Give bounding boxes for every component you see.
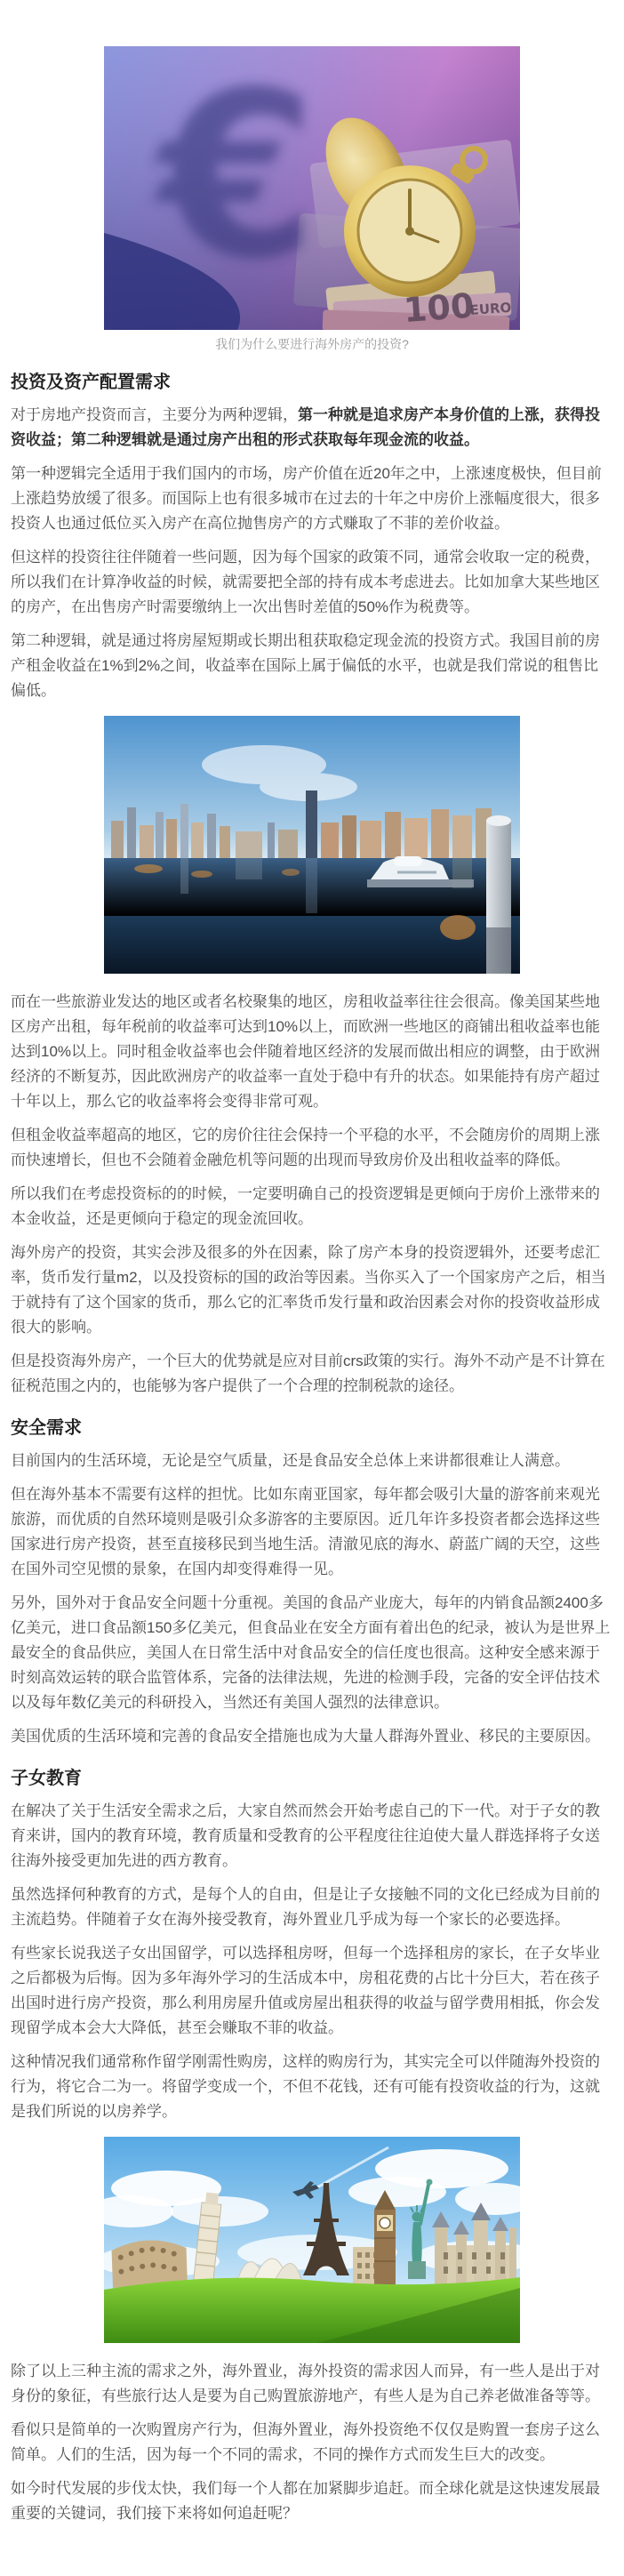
article-page: € 100 EURO 我们为什么要进行海外房产的投资?投资及资产配置需求对于房地… — [0, 46, 624, 2576]
paragraph-text: 对于房地产投资而言，主要分为两种逻辑， — [11, 406, 298, 423]
money-euro-watch-photo: € 100 EURO — [104, 46, 520, 330]
paragraph-text: 第二种逻辑，就是通过将房屋短期或长期出租获取稳定现金流的投资方式。我国目前的房产… — [11, 632, 600, 699]
article-paragraph: 所以我们在考虑投资标的的时候，一定要明确自己的投资逻辑是更倾向于房价上涨带来的本… — [11, 1182, 613, 1232]
article-paragraph: 海外房产的投资，其实会涉及很多的外在因素，除了房产本身的投资逻辑外，还要考虑汇率… — [11, 1240, 613, 1340]
paragraph-text: 虽然选择何种教育的方式，是每个人的自由，但是让子女接触不同的文化已经成为目前的主… — [11, 1886, 600, 1928]
paragraph-text: 美国优质的生活环境和完善的食品安全措施也成为大量人群海外置业、移民的主要原因。 — [11, 1728, 600, 1745]
paragraph-text: 看似只是简单的一次购置房产行为，但海外置业，海外投资绝不仅仅是购置一套房子这么简… — [11, 2421, 600, 2463]
paragraph-text: 但是投资海外房产，一个巨大的优势就是应对目前crs政策的实行。海外不动产是不计算… — [11, 1352, 605, 1394]
world-landmarks-photo — [104, 2137, 520, 2343]
article-blocks: € 100 EURO 我们为什么要进行海外房产的投资?投资及资产配置需求对于房地… — [11, 46, 613, 2526]
paragraph-text: 所以我们在考虑投资标的的时候，一定要明确自己的投资逻辑是更倾向于房价上涨带来的本… — [11, 1185, 600, 1227]
section-heading: 安全需求 — [11, 1416, 613, 1440]
paragraph-text: 除了以上三种主流的需求之外，海外置业，海外投资的需求因人而异，有一些人是出于对身… — [11, 2363, 600, 2404]
paragraph-text: 但租金收益率超高的地区，它的房价往往会保持一个平稳的水平，不会随房价的周期上涨而… — [11, 1127, 600, 1168]
paragraph-text: 但这样的投资往往伴随着一些问题，因为每个国家的政策不同，通常会收取一定的税费，所… — [11, 549, 600, 615]
paragraph-text: 海外房产的投资，其实会涉及很多的外在因素，除了房产本身的投资逻辑外，还要考虑汇率… — [11, 1244, 606, 1336]
paragraph-text: 有些家长说我送子女出国留学，可以选择租房呀，但每一个选择租房的家长，在子女毕业之… — [11, 1945, 600, 2036]
article-paragraph: 但是投资海外房产，一个巨大的优势就是应对目前crs政策的实行。海外不动产是不计算… — [11, 1349, 613, 1399]
article-paragraph: 但租金收益率超高的地区，它的房价往往会保持一个平稳的水平，不会随房价的周期上涨而… — [11, 1123, 613, 1173]
paragraph-text: 另外，国外对于食品安全问题十分重视。美国的食品产业庞大，每年的内销食品额2400… — [11, 1594, 610, 1711]
article-paragraph: 目前国内的生活环境，无论是空气质量，还是食品安全总体上来讲都很难让人满意。 — [11, 1448, 613, 1473]
paragraph-text: 但在海外基本不需要有这样的担忧。比如东南亚国家，每年都会吸引大量的游客前来观光旅… — [11, 1486, 600, 1577]
article-paragraph: 第二种逻辑，就是通过将房屋短期或长期出租获取稳定现金流的投资方式。我国目前的房产… — [11, 629, 613, 703]
paragraph-text: 目前国内的生活环境，无论是空气质量，还是食品安全总体上来讲都很难让人满意。 — [11, 1452, 570, 1469]
article-paragraph: 这种情况我们通常称作留学刚需性购房，这样的购房行为，其实完全可以伴随海外投资的行… — [11, 2050, 613, 2124]
article-paragraph: 如今时代发展的步伐太快，我们每一个人都在加紧脚步追赶。而全球化就是这快速发展最重… — [11, 2476, 613, 2526]
article-paragraph: 美国优质的生活环境和完善的食品安全措施也成为大量人群海外置业、移民的主要原因。 — [11, 1724, 613, 1749]
svg-text:EURO: EURO — [469, 300, 512, 318]
article-paragraph: 第一种逻辑完全适用于我们国内的市场，房产价值在近20年之中，上涨速度极快，但目前… — [11, 461, 613, 536]
article-paragraph: 在解决了关于生活安全需求之后，大家自然而然会开始考虑自己的下一代。对于子女的教育… — [11, 1799, 613, 1874]
article-body: € 100 EURO 我们为什么要进行海外房产的投资?投资及资产配置需求对于房地… — [0, 46, 624, 2576]
paragraph-text: 第一种逻辑完全适用于我们国内的市场，房产价值在近20年之中，上涨速度极快，但目前… — [11, 465, 602, 532]
harbor-city-photo — [104, 716, 520, 974]
article-paragraph: 看似只是简单的一次购置房产行为，但海外置业，海外投资绝不仅仅是购置一套房子这么简… — [11, 2418, 613, 2468]
paragraph-text: 这种情况我们通常称作留学刚需性购房，这样的购房行为，其实完全可以伴随海外投资的行… — [11, 2053, 600, 2120]
article-paragraph: 除了以上三种主流的需求之外，海外置业，海外投资的需求因人而异，有一些人是出于对身… — [11, 2359, 613, 2409]
section-heading: 投资及资产配置需求 — [11, 371, 613, 394]
article-paragraph: 另外，国外对于食品安全问题十分重视。美国的食品产业庞大，每年的内销食品额2400… — [11, 1591, 613, 1715]
image-caption: 我们为什么要进行海外房产的投资? — [11, 335, 613, 353]
article-paragraph: 有些家长说我送子女出国留学，可以选择租房呀，但每一个选择租房的家长，在子女毕业之… — [11, 1941, 613, 2041]
article-paragraph: 对于房地产投资而言，主要分为两种逻辑，第一种就是追求房产本身价值的上涨，获得投资… — [11, 403, 613, 453]
paragraph-text: 如今时代发展的步伐太快，我们每一个人都在加紧脚步追赶。而全球化就是这快速发展最重… — [11, 2480, 600, 2522]
article-paragraph: 虽然选择何种教育的方式，是每个人的自由，但是让子女接触不同的文化已经成为目前的主… — [11, 1882, 613, 1932]
paragraph-text: 而在一些旅游业发达的地区或者名校聚集的地区，房租收益率往往会很高。像美国某些地区… — [11, 993, 600, 1110]
paragraph-text: 在解决了关于生活安全需求之后，大家自然而然会开始考虑自己的下一代。对于子女的教育… — [11, 1802, 600, 1869]
article-paragraph: 但这样的投资往往伴随着一些问题，因为每个国家的政策不同，通常会收取一定的税费，所… — [11, 545, 613, 620]
article-paragraph: 但在海外基本不需要有这样的担忧。比如东南亚国家，每年都会吸引大量的游客前来观光旅… — [11, 1482, 613, 1582]
article-paragraph: 而在一些旅游业发达的地区或者名校聚集的地区，房租收益率往往会很高。像美国某些地区… — [11, 990, 613, 1114]
section-heading: 子女教育 — [11, 1767, 613, 1790]
